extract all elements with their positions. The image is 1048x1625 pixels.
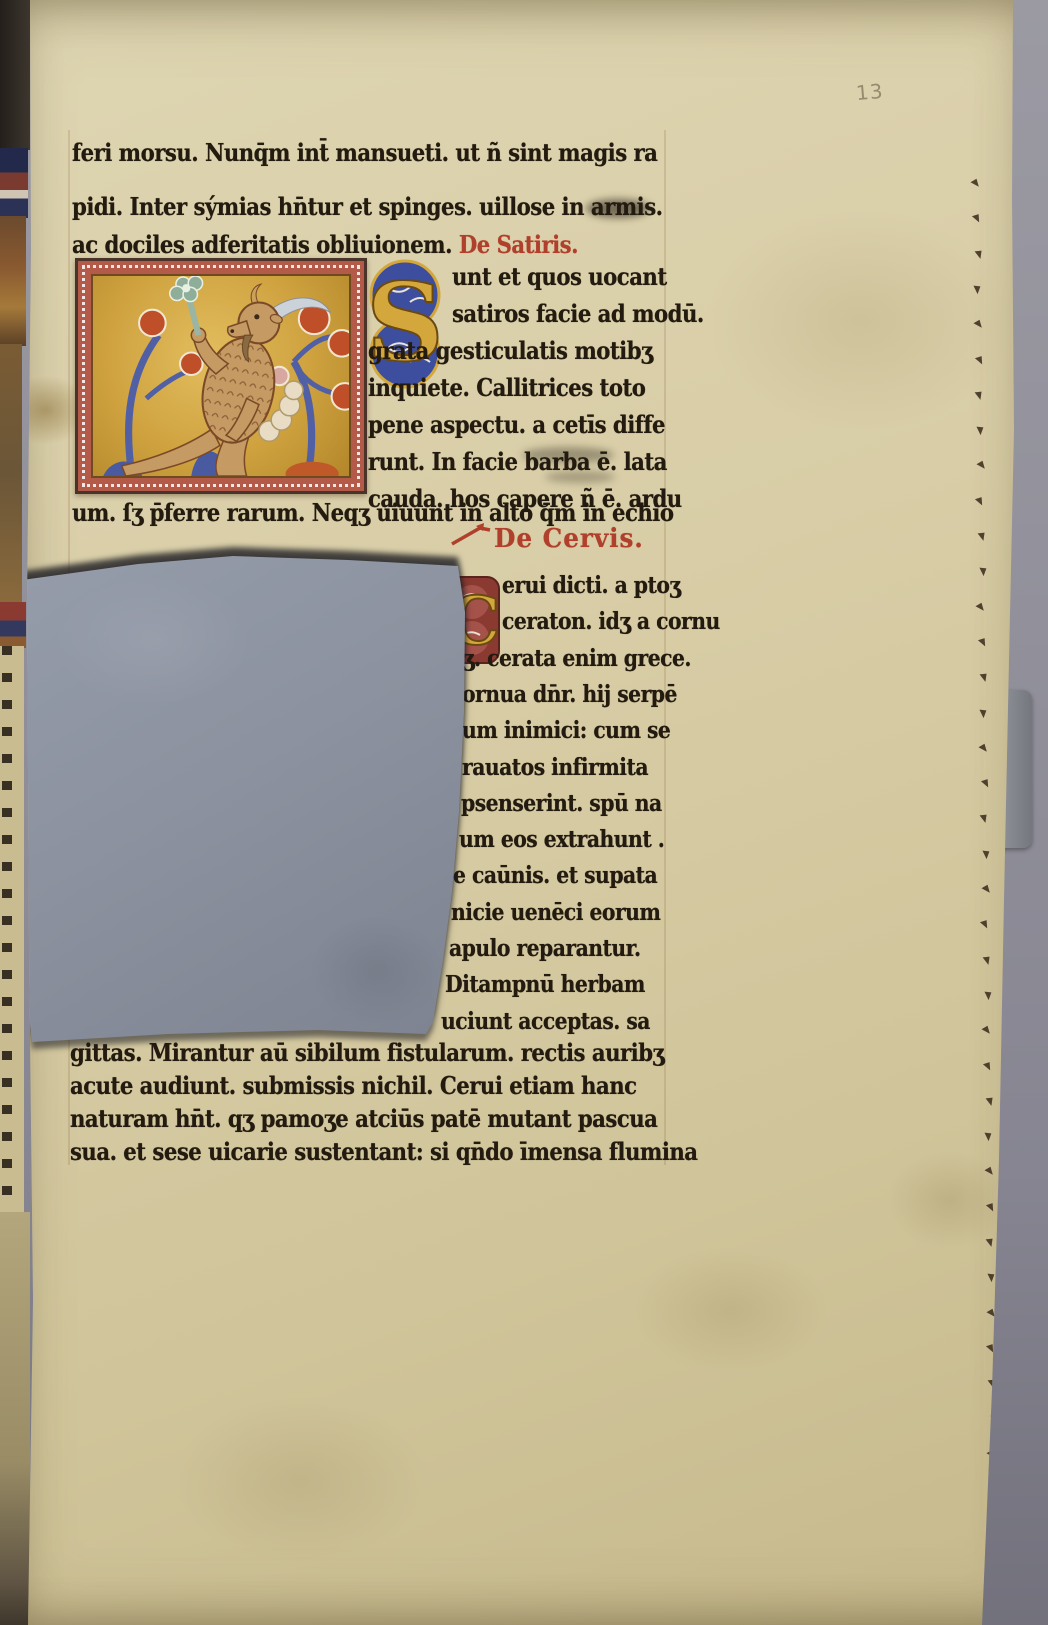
pricking-mark (980, 674, 988, 683)
text-line: ac dociles adferitatis obliuionem. De Sa… (72, 230, 578, 259)
gutter-fragment (0, 148, 28, 218)
folio-number: 13 (855, 79, 884, 105)
text-line: unt et quos uocant (452, 262, 667, 291)
pricking-mark (991, 1521, 999, 1530)
gutter-fragment (0, 646, 24, 1212)
gutter-fragment (0, 0, 30, 150)
text-line: feri morsu. Nunq̄m int̄ mansueti. ut ñ s… (72, 138, 657, 167)
text-line: um inimici: cum se (462, 717, 670, 744)
pricking-mark (980, 920, 989, 930)
pricking-mark (989, 1415, 997, 1424)
rubric-de-satiris: De Satiris. (459, 230, 578, 259)
pricking-mark (986, 1344, 995, 1354)
pricking-mark (976, 461, 986, 471)
miniature-gold-ground (91, 274, 351, 478)
pricking-mark (983, 1062, 992, 1072)
pricking-mark (970, 179, 980, 189)
manuscript-photo: 13 (0, 0, 1048, 1625)
pricking-mark (981, 1026, 991, 1036)
pricking-mark (987, 1450, 997, 1460)
pricking-mark (988, 1380, 996, 1389)
text-line: psenserint. spū na (461, 790, 662, 817)
text-line: inquiete. Callitrices toto (368, 373, 645, 402)
text-line: runt. In facie barba ē. lata (368, 447, 667, 476)
text-line: acute audiunt. submissis nichil. Cerui e… (70, 1071, 637, 1100)
pricking-mark (979, 568, 987, 577)
text-line: pene aspectu. a cetīs diffe (368, 410, 665, 439)
initial-letter: S (366, 260, 444, 386)
pricking-mark (977, 533, 985, 542)
pricking-mark (976, 427, 984, 436)
pricking-mark (973, 286, 981, 295)
text-line: naturam hn̄t. qʒ pamoʒe atciūs patē muta… (70, 1104, 657, 1133)
illuminated-initial-S: S (362, 258, 448, 390)
pricking-mark (978, 638, 987, 648)
text-line: nicie uenēci eorum (451, 899, 660, 926)
text-line: erui dicti. a ptoʒ (502, 572, 680, 599)
text-run: pidi. Inter sýmias hn̄tur et spinges. ui… (72, 192, 663, 221)
satyr-miniature (75, 258, 367, 494)
pricking-mark (989, 1485, 998, 1495)
gutter-fragment (0, 1212, 30, 1625)
text-line: rauatos infirmita (462, 754, 648, 781)
pricking-mark (980, 815, 988, 824)
pricking-mark (984, 1133, 992, 1142)
pricking-mark (981, 885, 991, 895)
text-run: feri morsu. Nunq̄m int̄ mansueti. ut ñ s… (72, 138, 657, 167)
pricking-mark (982, 956, 990, 965)
pricking-mark (981, 850, 989, 859)
pricking-mark (985, 1097, 993, 1106)
text-line: um eos extrahunt . (459, 826, 664, 853)
text-line: satiros facie ad modū. (452, 299, 704, 328)
text-line: pidi. Inter sýmias hn̄tur et spinges. ui… (72, 192, 663, 221)
text-line: grata gesticulatis motibʒ (368, 336, 653, 365)
cover-patch-shape (18, 552, 466, 1044)
text-line: um. ſʒ p̄ferre rarum. Neqʒ uiuunt in alt… (72, 498, 673, 527)
pricking-mark (973, 320, 983, 330)
gutter-fragment (0, 344, 22, 604)
pricking-mark (984, 1167, 994, 1177)
satyr-illustration (93, 276, 349, 476)
text-line: ornua dn̄r. hij serpē (462, 681, 677, 708)
gutter-fragment (0, 602, 26, 648)
pricking-mark (981, 779, 990, 789)
text-line: ʒ. cerata enim grece. (463, 645, 691, 672)
pricking-mark (976, 602, 986, 612)
text-line: sua. et sese uicarie sustentant: si qn̄d… (70, 1137, 698, 1166)
pricking-mark (987, 1308, 997, 1318)
pricking-mark (986, 1203, 995, 1213)
pricking-mark (987, 1274, 995, 1283)
parchment-page: 13 (0, 0, 1048, 1625)
pricking-mark (985, 1239, 993, 1248)
gutter-fragment (0, 216, 26, 346)
text-line: apulo reparantur. (449, 935, 641, 962)
rubric-de-cervis: De Cervis. (494, 524, 644, 554)
pricking-mark (978, 709, 986, 718)
text-line: ceraton. idʒ a cornu (502, 608, 720, 635)
pricking-mark (989, 1556, 997, 1565)
pricking-mark (972, 214, 981, 224)
pricking-mark (974, 250, 982, 259)
pricking-mark (975, 356, 984, 366)
pricking-mark (974, 391, 982, 400)
text-line: uciunt acceptas. sa (441, 1008, 650, 1035)
text-line: e caūnis. et supata (453, 862, 657, 889)
pricking-mark (984, 992, 992, 1001)
pricking-mark (975, 497, 984, 507)
text-line: gittas. Mirantur aū sibilum fistularum. … (70, 1038, 664, 1067)
text-run: ac dociles adferitatis obliuionem. (72, 230, 459, 259)
pricking-mark (979, 744, 989, 754)
text-line: Ditampnū herbam (445, 971, 645, 998)
